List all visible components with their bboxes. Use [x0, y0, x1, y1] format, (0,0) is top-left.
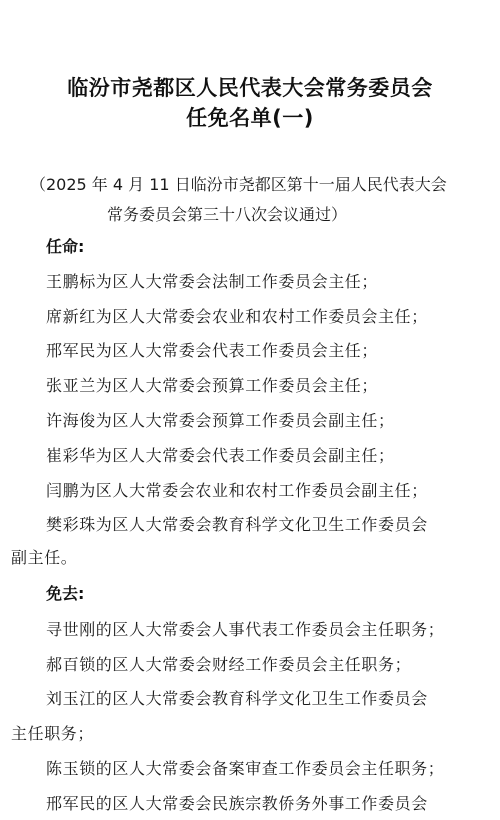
document-subtitle-line1: （2025 年 4 月 11 日临汾市尧都区第十一届人民代表大会 — [30, 172, 447, 195]
appointment-item: 邢军民为区人大常委会代表工作委员会主任； — [46, 338, 378, 361]
appointment-item: 樊彩珠为区人大常委会教育科学文化卫生工作委员会 — [46, 512, 428, 535]
removal-item-continuation: 主任职务； — [11, 721, 94, 744]
removal-item: 邢军民的区人大常委会民族宗教侨务外事工作委员会 — [46, 791, 428, 814]
removal-item: 寻世刚的区人大常委会人事代表工作委员会主任职务； — [46, 617, 444, 640]
document-subtitle-line2: 常务委员会第三十八次会议通过） — [107, 202, 347, 225]
appointments-heading: 任命: — [46, 234, 84, 257]
appointment-item: 许海俊为区人大常委会预算工作委员会副主任； — [46, 408, 395, 431]
removal-item: 郝百锁的区人大常委会财经工作委员会主任职务； — [46, 652, 411, 675]
appointment-item-continuation: 副主任。 — [11, 545, 77, 568]
appointment-item: 张亚兰为区人大常委会预算工作委员会主任； — [46, 373, 378, 396]
document-title-line1: 临汾市尧都区人民代表大会常务委员会 — [0, 72, 500, 102]
appointment-item: 王鹏标为区人大常委会法制工作委员会主任； — [46, 269, 378, 292]
appointment-item: 闫鹏为区人大常委会农业和农村工作委员会副主任； — [46, 478, 428, 501]
appointment-item: 崔彩华为区人大常委会代表工作委员会副主任； — [46, 443, 395, 466]
removal-item: 刘玉江的区人大常委会教育科学文化卫生工作委员会 — [46, 686, 428, 709]
document-page: 临汾市尧都区人民代表大会常务委员会 任免名单(一) （2025 年 4 月 11… — [0, 0, 500, 820]
appointment-item: 席新红为区人大常委会农业和农村工作委员会主任； — [46, 304, 428, 327]
removal-item: 陈玉锁的区人大常委会备案审查工作委员会主任职务； — [46, 756, 444, 779]
removals-heading: 免去: — [46, 581, 84, 604]
document-title-line2: 任免名单(一) — [0, 102, 500, 132]
